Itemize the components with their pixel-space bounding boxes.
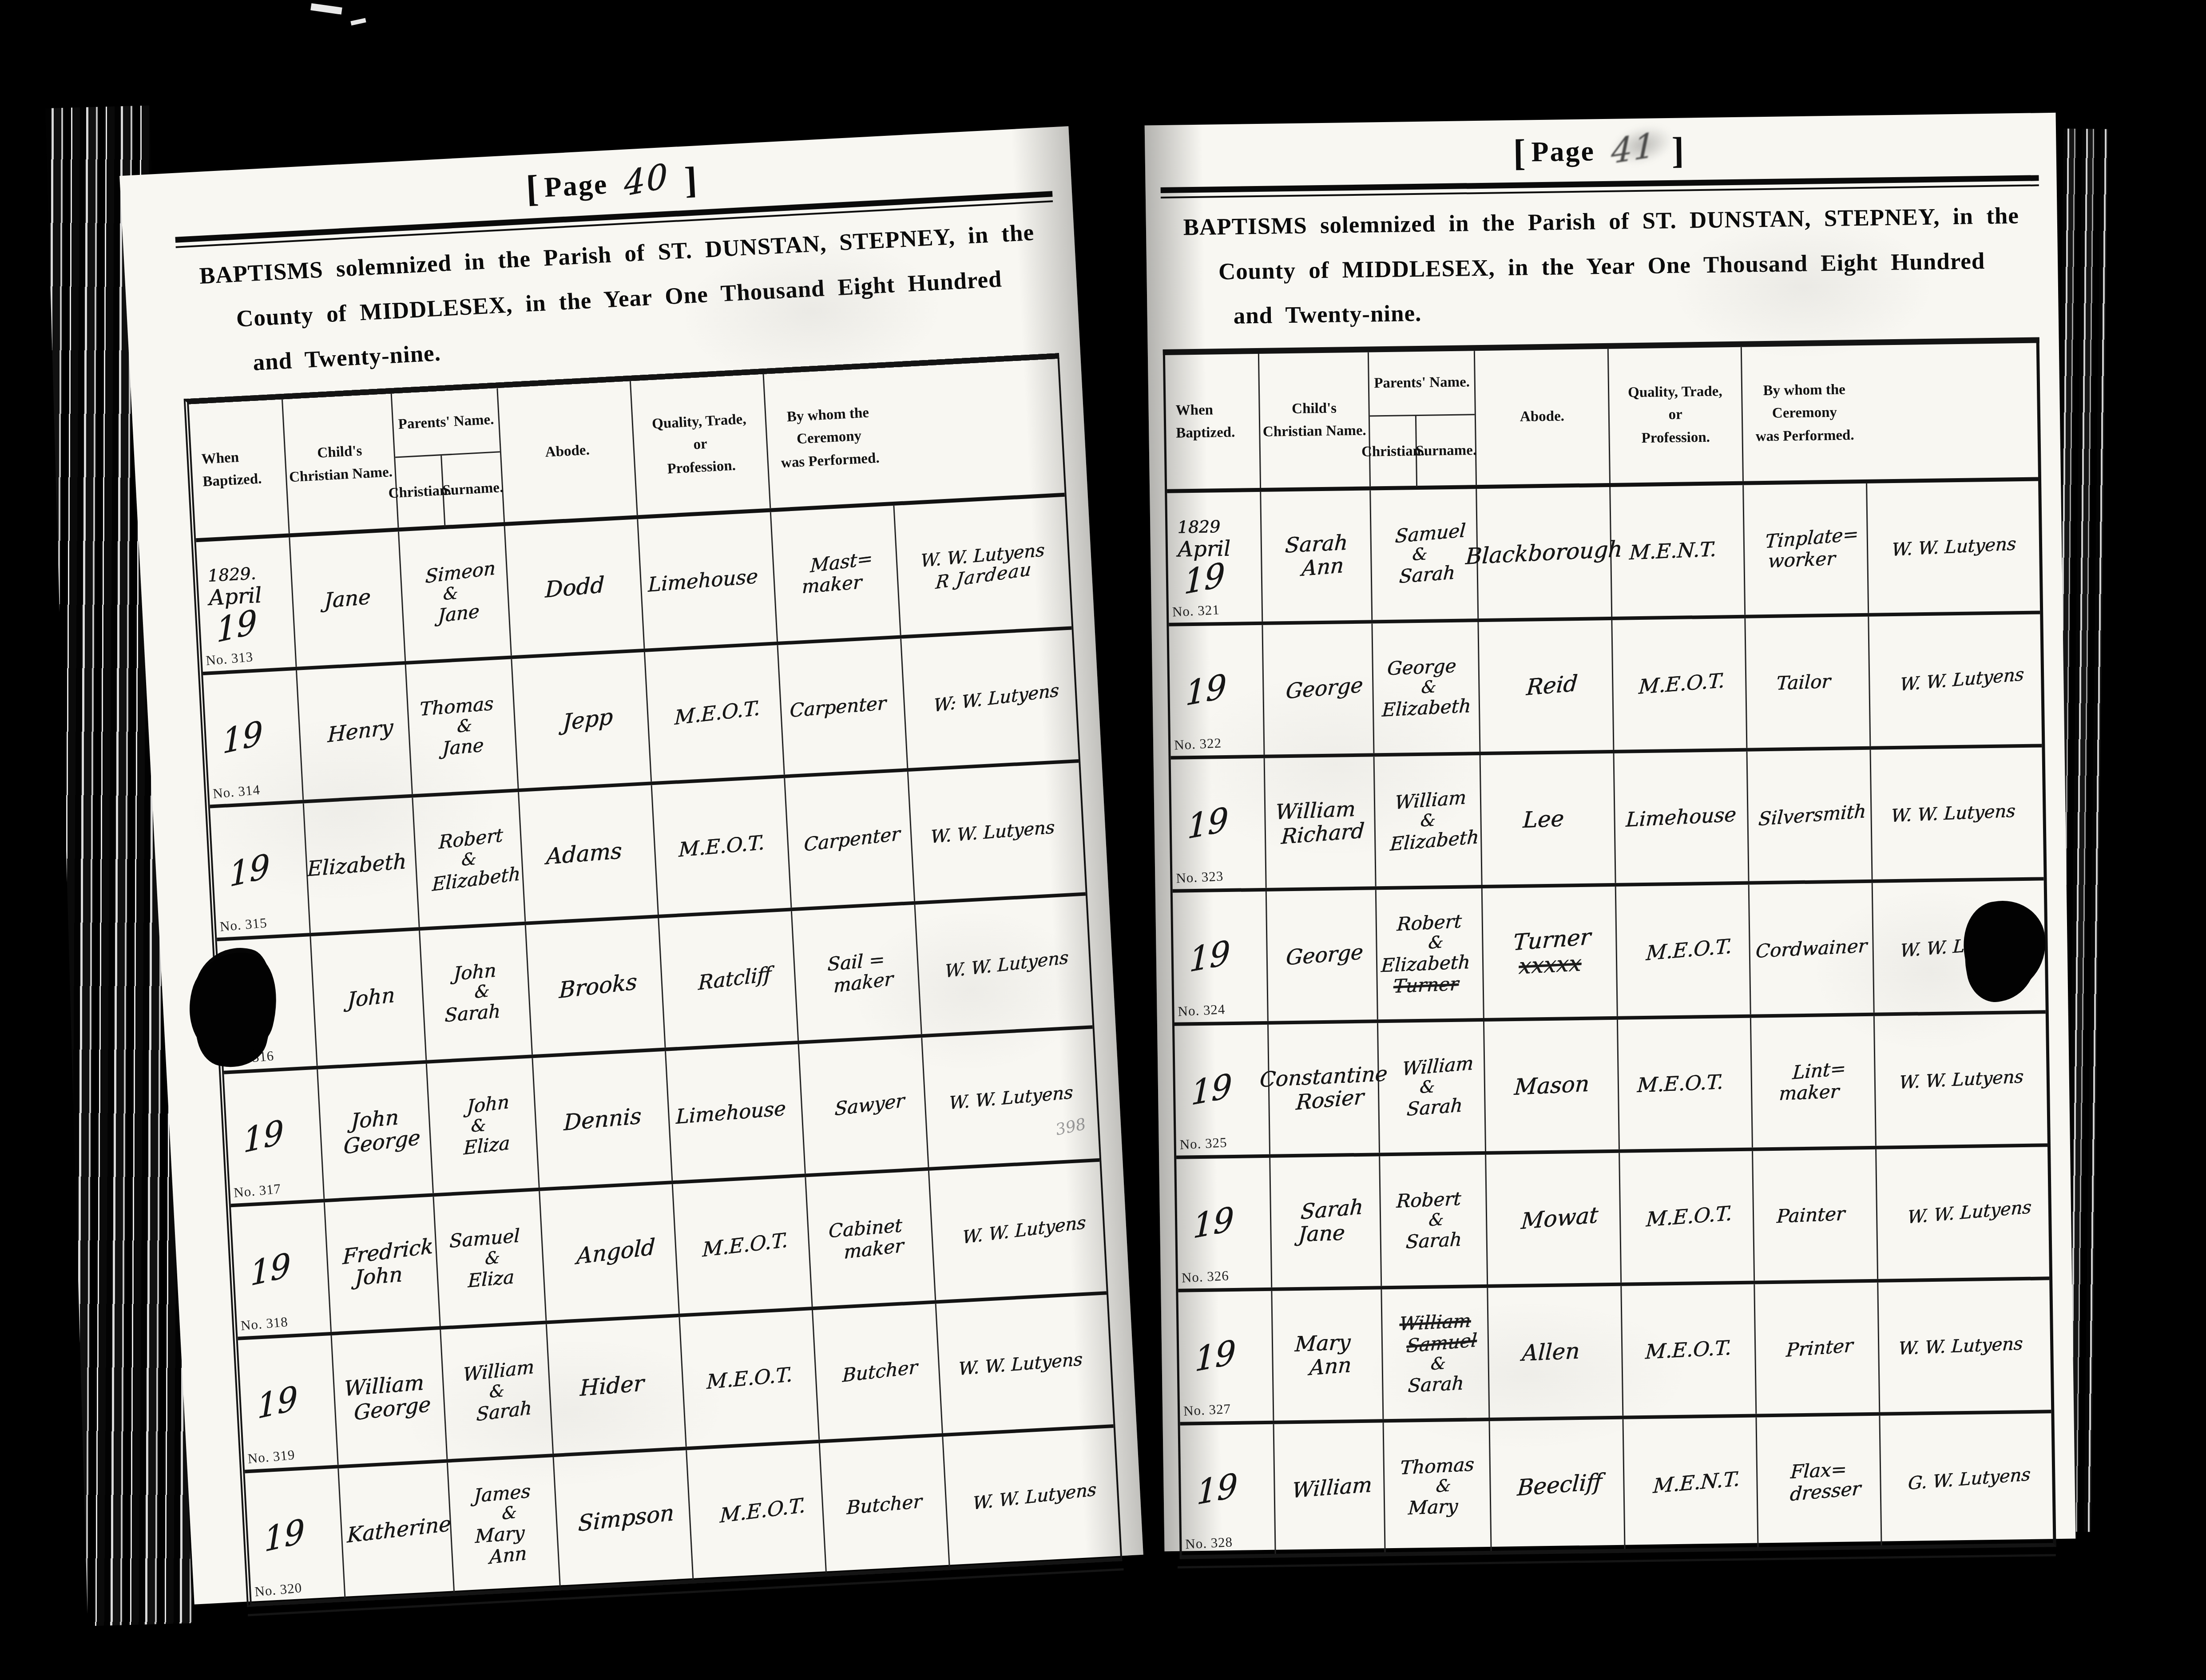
header-line: Child's	[317, 440, 362, 464]
parent-name-line: Elizabeth	[1381, 696, 1472, 720]
surname-text: Hider	[579, 1371, 644, 1400]
trade-line: dresser	[1789, 1479, 1861, 1505]
cell-surname: Blackborough	[1477, 487, 1612, 618]
entry-number: No. 326	[1181, 1268, 1229, 1285]
baptism-row: 19No. 322GeorgeGeorge&ElizabethReidM.E.O…	[1169, 614, 2042, 759]
cell-surname: Lee	[1481, 753, 1616, 885]
trade-line: Sawyer	[834, 1091, 905, 1119]
entry-number: No. 325	[1179, 1135, 1227, 1152]
trade-line: Mast=	[809, 548, 873, 576]
abode-text: M.E.O.T.	[674, 697, 760, 729]
page-word: Page	[1531, 135, 1595, 167]
cell-by-whom: W. W. Lutyens	[936, 1295, 1114, 1433]
cell-parents-christian: John&Sarah	[420, 925, 533, 1060]
parents-subheaders: Christian.Surname.	[1370, 415, 1476, 487]
cell-child-name: Jane	[290, 531, 406, 667]
header-line: By whom the	[1763, 379, 1845, 403]
column-header-surname: Surname.	[1416, 415, 1476, 487]
abode-text: Limehouse	[1625, 804, 1737, 831]
abode-text: M.E.N.T.	[1629, 539, 1717, 563]
page-word: Page	[544, 168, 609, 203]
table-rows: 1829April19No. 321SarahAnnSamuel&SarahBl…	[1167, 481, 2053, 1555]
baptism-row: 19No. 328WilliamThomas&MaryBeecliffM.E.N…	[1180, 1413, 2053, 1555]
baptism-row: 19No. 327MaryAnnWilliamSamuel&SarahAllen…	[1178, 1280, 2051, 1425]
trade-line: Carpenter	[804, 824, 901, 855]
cell-child-name: MaryAnn	[1272, 1289, 1384, 1420]
parent-name-line: &	[1428, 933, 1444, 952]
struck-text: Turner	[1393, 974, 1459, 996]
header-line: Parents' Name.	[398, 408, 495, 436]
baptism-row: 19No. 324GeorgeRobert&ElizabethTurnerTur…	[1173, 880, 2046, 1026]
cell-parents-christian: WilliamSamuel&Sarah	[1382, 1288, 1490, 1419]
trade-line: Cordwainer	[1755, 936, 1868, 961]
entry-number: No. 318	[240, 1315, 289, 1333]
cell-trade: Cabinetmaker	[806, 1171, 936, 1307]
cell-abode: M.E.O.T.	[1622, 1284, 1757, 1416]
when-line: 19	[1196, 1468, 1238, 1511]
when-line: 19	[216, 605, 257, 650]
entry-number: No. 319	[247, 1447, 295, 1466]
cell-child-name: Katherine	[339, 1463, 455, 1598]
header-line: Abode.	[545, 439, 590, 464]
cell-by-whom: W. W. Lutyens398	[922, 1029, 1099, 1167]
cell-by-whom: W. W. Lutyens	[943, 1428, 1120, 1566]
column-header-when: WhenBaptized.	[1165, 354, 1261, 489]
entry-number: No. 321	[1172, 602, 1220, 619]
header-line: Baptized.	[202, 468, 262, 493]
when-line: 19	[1194, 1335, 1236, 1378]
officiant-signature: W. W. Lutyens	[972, 1480, 1096, 1513]
entry-number: No. 324	[1178, 1002, 1226, 1019]
column-header-quality: Quality, Trade,orProfession.	[1608, 347, 1743, 483]
trade-line: maker	[1778, 1082, 1839, 1104]
cell-parents-christian: William&Elizabeth	[1375, 755, 1483, 886]
surname-text: Blackborough	[1465, 537, 1623, 568]
cell-by-whom: W. W. LutyensR Jardeau	[894, 497, 1071, 635]
child-name-line: Elizabeth	[307, 851, 407, 880]
cell-abode: M.E.N.T.	[1623, 1418, 1758, 1549]
parents-subheaders: Christian.Surname.	[396, 452, 504, 529]
parent-name-line: &	[443, 584, 458, 603]
abode-text: M.E.O.T.	[1638, 670, 1725, 697]
cell-surname: Angold	[540, 1184, 680, 1320]
cell-when-baptized: 19No. 314	[203, 670, 304, 805]
cell-when-baptized: 19No. 322	[1169, 625, 1265, 756]
page-inner: [Page40]BAPTISMS solemnized in the Paris…	[119, 126, 1143, 1605]
abode-text: M.E.O.T.	[678, 832, 765, 860]
cell-child-name: John	[311, 931, 427, 1066]
cell-surname: Reid	[1479, 620, 1614, 752]
entry-number: No. 317	[233, 1181, 282, 1200]
cell-by-whom: W. W. Lutyens	[909, 763, 1086, 901]
column-header-surname: Surname.	[442, 452, 504, 527]
officiant-signature: G. W. Lutyens	[1908, 1465, 2031, 1493]
child-name-line: Mary	[1294, 1331, 1351, 1356]
child-name-line: Ann	[1301, 555, 1345, 580]
cell-abode: Limehouse	[1614, 752, 1749, 883]
header-line: Abode.	[1520, 405, 1565, 429]
scan-artifact	[310, 3, 342, 15]
child-name-line: John	[347, 984, 395, 1012]
parent-name-line: Sarah	[1407, 1373, 1464, 1395]
cell-child-name: William	[1274, 1422, 1385, 1553]
child-name-line: Sarah	[1300, 1196, 1364, 1223]
when-line: 19	[1183, 558, 1225, 601]
parent-name-line: Thomas	[420, 694, 494, 719]
trade-line: Lint=	[1792, 1058, 1846, 1083]
register-page-left: [Page40]BAPTISMS solemnized in the Paris…	[119, 126, 1143, 1605]
trade-line: Tailor	[1776, 672, 1831, 693]
column-header-abode: Abode.	[498, 381, 638, 522]
trade-line: worker	[1767, 549, 1836, 571]
cell-when-baptized: 19No. 326	[1176, 1158, 1272, 1289]
table-rows: 1829.April19No. 313JaneSimeon&JaneDoddLi…	[196, 497, 1121, 1603]
column-header-child: Child'sChristian Name.	[1259, 353, 1371, 488]
bracket-close: ]	[683, 159, 699, 201]
page-number-handwritten: 40	[624, 155, 669, 204]
surname-text: Lee	[1522, 807, 1564, 832]
surname-text: Brooks	[559, 970, 637, 1002]
trade-line: Carpenter	[790, 693, 887, 721]
cell-by-whom: W: W. Lutyens	[901, 630, 1079, 768]
officiant-signature: W. W. Lutyens	[944, 948, 1068, 981]
cell-parents-christian: Thomas&Jane	[406, 659, 519, 794]
trade-line: maker	[801, 572, 861, 597]
child-name-line: William	[1291, 1474, 1373, 1502]
parent-name-line: &	[1412, 546, 1428, 564]
officiant-signature: W. W. Lutyens	[962, 1213, 1086, 1248]
parent-name-line: &	[502, 1503, 517, 1523]
cell-when-baptized: 19No. 318	[231, 1202, 332, 1337]
cell-abode: M.E.N.T.	[1611, 485, 1746, 617]
cell-child-name: JohnGeorge	[318, 1064, 434, 1199]
header-line: was Performed.	[1755, 424, 1854, 448]
abode-text: M.E.O.T.	[1645, 1337, 1732, 1363]
bracket-open: [	[525, 168, 541, 210]
cell-by-whom: W. W. Lutyens	[1877, 1147, 2049, 1279]
cell-child-name: SarahJane	[1270, 1156, 1382, 1287]
when-line: 19	[1192, 1202, 1234, 1245]
header-line: Ceremony	[796, 425, 862, 451]
cell-trade: Flax=dresser	[1757, 1416, 1882, 1547]
cell-abode: M.E.O.T.	[1616, 885, 1751, 1016]
cell-when-baptized: 19No. 324	[1173, 892, 1269, 1022]
surname-text: Dodd	[544, 573, 604, 602]
parent-name-line: Samuel	[1394, 521, 1466, 547]
parents-name-label: Parents' Name.	[1369, 351, 1475, 416]
parent-name-line: Sarah	[1406, 1095, 1464, 1119]
cell-abode: M.E.O.T.	[673, 1177, 813, 1313]
when-line: 1829	[1177, 518, 1220, 536]
baptism-row: 1829April19No. 321SarahAnnSamuel&SarahBl…	[1167, 481, 2040, 626]
cell-trade: Mast=maker	[771, 506, 901, 642]
cell-child-name: ConstantineRosier	[1269, 1023, 1380, 1154]
cell-abode: M.E.O.T.	[1612, 618, 1747, 750]
cell-parents-christian: Samuel&Sarah	[1371, 489, 1479, 620]
cell-by-whom: W. W. Lutyens	[1875, 1014, 2047, 1145]
when-line: 19	[264, 1514, 305, 1559]
cell-trade: Tinplate=worker	[1744, 483, 1869, 615]
cell-parents-christian: Robert&ElizabethTurner	[1377, 888, 1484, 1019]
parents-name-label: Parents' Name.	[392, 388, 500, 458]
surname-text: Allen	[1521, 1339, 1580, 1365]
trade-line: Tinplate=	[1765, 524, 1859, 552]
surname-text: Jepp	[562, 705, 613, 734]
cell-abode: M.E.O.T.	[1620, 1151, 1755, 1283]
entry-number: No. 313	[205, 650, 254, 668]
register-title: BAPTISMS solemnized in the Parish of ST.…	[1165, 193, 2038, 339]
cell-abode: M.E.O.T.	[645, 645, 785, 781]
column-header-when: WhenBaptized.	[189, 400, 290, 539]
cell-child-name: WilliamGeorge	[332, 1330, 448, 1465]
pencil-note: 398	[1054, 1116, 1087, 1139]
cell-when-baptized: 19No. 323	[1171, 758, 1267, 889]
surname-text: Angold	[576, 1235, 655, 1268]
officiant-signature: W. W. Lutyens	[930, 818, 1055, 847]
abode-text: M.E.O.T.	[719, 1495, 805, 1526]
parent-name-line: Eliza	[468, 1267, 514, 1291]
parent-name-line: &	[1435, 1477, 1452, 1496]
cell-when-baptized: 19No. 325	[1174, 1025, 1270, 1156]
header-line: When	[201, 446, 239, 471]
child-name-line: Rosier	[1295, 1086, 1365, 1114]
entry-number: No. 314	[212, 782, 261, 801]
parent-name-line: Eliza	[463, 1133, 510, 1158]
trade-line: Silversmith	[1758, 801, 1866, 829]
when-line: 19	[1185, 669, 1226, 712]
cell-child-name: George	[1267, 890, 1378, 1021]
parent-name-line: Thomas	[1400, 1454, 1475, 1478]
cell-abode: Limehouse	[638, 512, 778, 649]
baptism-row: 19No. 323WilliamRichardWilliam&Elizabeth…	[1171, 747, 2044, 892]
column-header-parents: Parents' Name.Christian.Surname.	[1369, 351, 1477, 486]
cell-when-baptized: 1829April19No. 321	[1167, 492, 1263, 623]
child-name-line: George	[1285, 941, 1364, 969]
surname-text: Adams	[546, 839, 622, 868]
when-line: 19	[229, 849, 270, 894]
cell-parents-christian: Simeon&Jane	[399, 526, 512, 661]
cell-child-name: George	[1263, 623, 1374, 754]
cell-surname: Mowat	[1487, 1153, 1622, 1284]
cell-surname: Turnerxxxxx	[1483, 887, 1618, 1018]
cell-parents-christian: George&Elizabeth	[1373, 622, 1480, 753]
abode-text: M.E.O.T.	[1637, 1072, 1724, 1096]
when-line: 19	[1189, 935, 1230, 979]
header-line: Profession.	[1641, 426, 1710, 449]
cell-parents-christian: Samuel&Eliza	[434, 1191, 547, 1326]
struck-text: xxxxx	[1518, 951, 1582, 978]
cell-abode: M.E.O.T.	[1618, 1018, 1753, 1149]
cell-by-whom: W. W. Lutyens	[1879, 1280, 2051, 1412]
header-line: Child's	[1292, 397, 1337, 420]
header-line: or	[1668, 404, 1682, 427]
parent-name-line: Samuel	[449, 1226, 520, 1251]
cell-trade: Painter	[1753, 1149, 1879, 1281]
officiant-signature: W. W. Lutyens	[1890, 802, 2016, 825]
parent-name-line: Robert	[1397, 911, 1462, 934]
cell-surname: Hider	[547, 1317, 687, 1454]
header-line: Quality, Trade,	[651, 408, 747, 436]
cell-by-whom: W. W. Lutyens	[929, 1162, 1107, 1300]
trade-line: Printer	[1785, 1335, 1853, 1360]
trade-line: Butcher	[846, 1492, 922, 1518]
officiant-signature: W. W. Lutyens	[1891, 535, 2016, 559]
trade-line: Painter	[1776, 1204, 1845, 1226]
trade-line: Butcher	[842, 1357, 918, 1386]
when-line: 19	[1187, 802, 1229, 845]
baptism-table: WhenBaptized.Child'sChristian Name.Paren…	[184, 353, 1123, 1607]
parent-name-line: Jane	[438, 602, 480, 626]
parent-name-line: Elizabeth	[432, 864, 520, 895]
child-name-line: Sarah	[1284, 531, 1348, 556]
when-line: 19	[1190, 1069, 1232, 1112]
header-line: Baptized.	[1176, 421, 1235, 445]
entry-number: No. 328	[1185, 1535, 1233, 1552]
entry-number: No. 327	[1183, 1402, 1231, 1418]
header-line: or	[693, 433, 708, 456]
abode-text: M.E.O.T.	[706, 1364, 792, 1393]
when-line: 19	[222, 716, 263, 761]
surname-text: Mowat	[1520, 1203, 1599, 1233]
cell-trade: Printer	[1755, 1283, 1881, 1414]
abode-text: M.E.N.T.	[1652, 1468, 1741, 1497]
child-name-line: Jane	[1297, 1222, 1345, 1246]
parent-name-line: Sarah	[444, 1001, 500, 1025]
cell-abode: M.E.O.T.	[687, 1443, 827, 1580]
column-header-abode: Abode.	[1475, 349, 1610, 485]
cell-trade: Sawyer	[799, 1038, 929, 1173]
parent-name-line: Sarah	[1399, 563, 1456, 586]
table-header: WhenBaptized.Child'sChristian Name.Paren…	[1165, 343, 2038, 493]
parent-name-line: Ann	[489, 1543, 527, 1567]
cell-trade: Carpenter	[778, 639, 908, 775]
abode-text: Ratcliff	[698, 963, 771, 994]
cell-surname: Mason	[1484, 1020, 1619, 1151]
child-name-line: Katherine	[346, 1513, 451, 1547]
officiant-signature: W. W. Lutyens	[1907, 1198, 2032, 1227]
officiant-signature: W. W. Lutyens	[1898, 1067, 2023, 1092]
surname-text: Dennis	[563, 1104, 642, 1134]
parent-name-line: Mary	[1408, 1497, 1459, 1518]
cell-trade: Tailor	[1746, 617, 1871, 748]
column-header-christian: Christian.	[1370, 416, 1417, 487]
cell-parents-christian: Thomas&Mary	[1384, 1421, 1492, 1552]
cell-surname: Dennis	[533, 1051, 673, 1188]
cell-when-baptized: 19No. 320	[245, 1468, 345, 1603]
cell-by-whom: W. W. Lutyens	[1871, 747, 2044, 879]
header-line: Ceremony	[1772, 401, 1837, 425]
child-name-line: John	[354, 1264, 402, 1289]
baptism-table: WhenBaptized.Child'sChristian Name.Paren…	[1163, 337, 2056, 1559]
parent-name-line: Robert	[438, 825, 503, 852]
baptism-row: 19No. 325ConstantineRosierWilliam&SarahM…	[1174, 1014, 2047, 1159]
column-header-christian: Christian.	[396, 456, 446, 529]
abode-text: M.E.O.T.	[702, 1230, 788, 1261]
parent-name-line: &	[1420, 812, 1436, 830]
cell-trade: Lint=maker	[1751, 1016, 1877, 1148]
cell-when-baptized: 19No. 319	[238, 1335, 339, 1470]
cell-when-baptized: 19No. 327	[1178, 1291, 1274, 1422]
parent-name-line: John	[453, 960, 496, 984]
child-name-line: Richard	[1281, 820, 1365, 848]
parent-name-line: &	[1430, 1355, 1446, 1374]
parent-name-line: Robert	[1396, 1189, 1462, 1211]
parent-name-line: &	[461, 850, 476, 869]
parent-name-line: George	[1386, 656, 1456, 678]
column-header-bywhom: By whom theCeremonywas Performed.	[764, 368, 894, 508]
parent-name-line: Jane	[442, 735, 484, 759]
cell-abode: Limehouse	[666, 1044, 806, 1181]
parent-name-line: Elizabeth	[1389, 827, 1480, 854]
cell-by-whom: G. W. Lutyens	[1881, 1413, 2053, 1545]
column-header-child: Child'sChristian Name.	[283, 394, 399, 534]
cell-by-whom: W. W. Lutyens	[916, 896, 1093, 1034]
child-name-line: Henry	[327, 717, 393, 747]
child-name-line: Ann	[1309, 1354, 1352, 1379]
header-line: Profession.	[667, 454, 736, 480]
officiant-signature: W: W. Lutyens	[933, 681, 1059, 715]
register-page-right: [Page41]BAPTISMS solemnized in the Paris…	[1145, 113, 2076, 1551]
cell-trade: Butcher	[820, 1437, 950, 1573]
parent-name-line: William	[1394, 788, 1466, 813]
cell-trade: Cordwainer	[1749, 883, 1875, 1014]
header-line: Christian Name.	[1263, 420, 1367, 444]
baptism-row: 19No. 326SarahJaneRobert&SarahMowatM.E.O…	[1176, 1147, 2049, 1292]
header-line: Parents' Name.	[1374, 371, 1470, 395]
cell-parents-christian: James&MaryAnn	[448, 1457, 561, 1592]
cell-trade: Silversmith	[1747, 750, 1873, 881]
parent-name-line: &	[1421, 678, 1437, 697]
surname-text: Beecliff	[1516, 1470, 1603, 1500]
cell-by-whom: W. W. Lutyens	[1867, 481, 2040, 613]
abode-text: M.E.O.T.	[1646, 936, 1733, 964]
header-line: was Performed.	[781, 447, 880, 475]
child-name-line: William	[1275, 798, 1356, 824]
entry-number: No. 315	[219, 915, 268, 934]
cell-parents-christian: Robert&Elizabeth	[413, 792, 526, 927]
parent-name-line: Simeon	[425, 558, 496, 586]
header-line: Christian Name.	[289, 461, 393, 489]
entry-number: No. 322	[1174, 736, 1222, 753]
parent-name-line: William	[1401, 1054, 1474, 1079]
parent-name-line: &	[457, 717, 472, 736]
header-line: When	[1175, 399, 1213, 422]
officiant-signature: W. W. Lutyens	[958, 1350, 1083, 1379]
cell-surname: Beecliff	[1490, 1419, 1625, 1551]
cell-parents-christian: William&Sarah	[441, 1324, 554, 1459]
cell-surname: Simpson	[554, 1450, 694, 1586]
cell-when-baptized: 19No. 315	[210, 803, 311, 938]
officiant-signature: W. W. Lutyens	[949, 1083, 1073, 1113]
child-name-line: Constantine	[1259, 1063, 1388, 1091]
parent-name-line: John	[467, 1092, 510, 1117]
cell-when-baptized: 19No. 328	[1180, 1424, 1276, 1555]
parent-name-line: Elizabeth	[1381, 952, 1470, 975]
surname-text: Mason	[1513, 1072, 1590, 1099]
cell-abode: Ratcliff	[659, 911, 799, 1047]
parent-name-line: &	[471, 1117, 486, 1136]
cell-trade: Sail =maker	[792, 905, 922, 1041]
cell-by-whom: W. W. Lutyens	[1869, 614, 2042, 746]
cell-surname: Adams	[519, 785, 659, 921]
officiant-signature: W. W. Lutyens	[1898, 1335, 2023, 1358]
header-line: Quality, Trade,	[1628, 380, 1722, 404]
abode-text: M.E.O.T.	[1646, 1203, 1733, 1230]
parent-name-line: &	[1428, 1211, 1444, 1230]
parent-name-line: &	[1419, 1078, 1435, 1096]
cell-abode: M.E.O.T.	[652, 778, 792, 915]
cell-parents-christian: Robert&Sarah	[1380, 1155, 1488, 1286]
